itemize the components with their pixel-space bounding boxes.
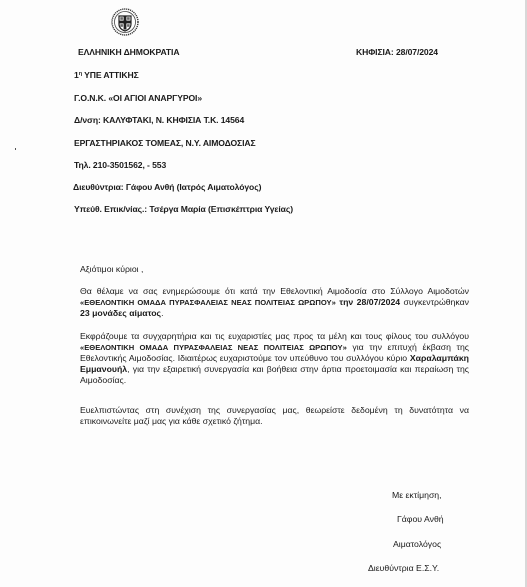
p1-text-3: συγκεντρώθηκαν — [400, 297, 469, 307]
signature-title: Αιματολόγος — [393, 539, 441, 549]
p1-text-1: Θα θέλαμε να σας ενημερώσουμε ότι κατά τ… — [80, 286, 469, 296]
place-date: ΚΗΦΙΣΙΑ: 28/07/2024 — [356, 47, 438, 57]
p1-date: την 28/07/2024 — [339, 297, 400, 307]
scan-speck — [15, 148, 16, 150]
country-name: ΕΛΛΗΝΙΚΗ ΔΗΜΟΚΡΑΤΙΑ — [78, 47, 179, 57]
director-line: Διευθύντρια: Γάφου Ανθή (Ιατρός Αιματολό… — [73, 182, 261, 192]
coat-of-arms-icon — [111, 8, 139, 36]
department-name: ΕΡΓΑΣΤΗΡΙΑΚΟΣ ΤΟΜΕΑΣ, Ν.Υ. ΑΙΜΟΔΟΣΙΑΣ — [74, 138, 256, 148]
p1-text-4: . — [161, 308, 163, 318]
signature-name: Γάφου Ανθή — [397, 514, 444, 524]
region-name: ΥΠΕ ΑΤΤΙΚΗΣ — [82, 70, 139, 80]
p2-text-3: , για την εξαιρετική συνεργασία και βοήθ… — [80, 364, 469, 385]
signature-closing: Με εκτίμηση, — [392, 490, 442, 500]
paragraph-closing: Ευελπιστώντας στη συνέχιση της συνεργασί… — [80, 405, 469, 427]
p1-blood-units: 23 μονάδες αίματος — [80, 308, 161, 318]
hospital-address: Δ/νση: ΚΑΛΥΦΤΑΚΙ, Ν. ΚΗΦΙΣΙΑ Τ.Κ. 14564 — [74, 115, 244, 125]
letter-page: ΕΛΛΗΝΙΚΗ ΔΗΜΟΚΡΑΤΙΑ ΚΗΦΙΣΙΑ: 28/07/2024 … — [0, 0, 527, 587]
phone-numbers: Τηλ. 210-3501562, - 553 — [74, 160, 166, 170]
hospital-name: Γ.Ο.Ν.Κ. «ΟΙ ΑΓΙΟΙ ΑΝΑΡΓΥΡΟΙ» — [74, 93, 202, 103]
p2-text-1: Εκφράζουμε τα συγχαρητήρια και τις ευχαρ… — [80, 331, 469, 341]
paragraph-thanks: Εκφράζουμε τα συγχαρητήρια και τις ευχαρ… — [80, 331, 469, 386]
signature-role: Διευθύντρια Ε.Σ.Υ. — [368, 563, 439, 573]
paragraph-collection-summary: Θα θέλαμε να σας ενημερώσουμε ότι κατά τ… — [80, 286, 469, 319]
greeting: Αξιότιμοι κύριοι , — [80, 264, 143, 274]
health-region: 1η ΥΠΕ ΑΤΤΙΚΗΣ — [74, 70, 139, 80]
p1-organization: «ΕΘΕΛΟΝΤΙΚΗ ΟΜΑΔΑ ΠΥΡΑΣΦΑΛΕΙΑΣ ΝΕΑΣ ΠΟΛΙ… — [80, 298, 336, 307]
p2-organization: «ΕΘΕΛΟΝΤΙΚΗ ΟΜΑΔΑ ΠΥΡΑΣΦΑΛΕΙΑΣ ΝΕΑΣ ΠΟΛΙ… — [80, 343, 347, 352]
responsible-nurse-line: Υπεύθ. Επικ/νίας.: Τσέργα Μαρία (Επισκέπ… — [74, 204, 293, 214]
